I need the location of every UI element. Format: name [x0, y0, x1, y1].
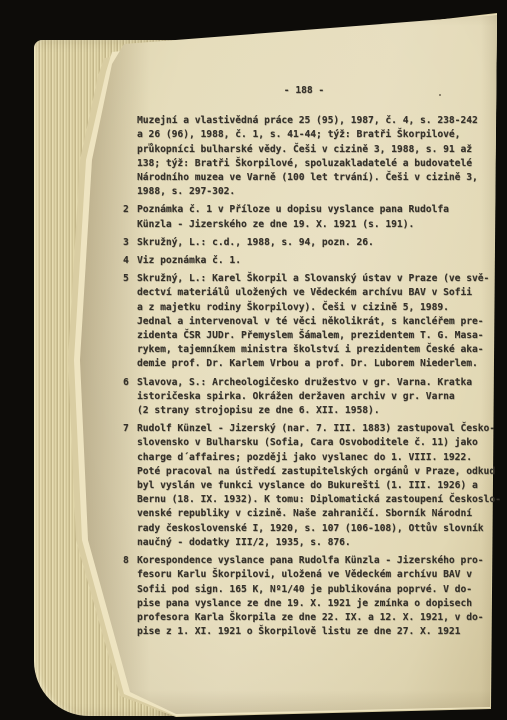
note-text: Slavova, S.: Archeologičesko družestvo v… [137, 376, 472, 419]
note-item-6: 6 Slavova, S.: Archeologičesko družestvo… [123, 376, 485, 419]
ink-speck [148, 143, 150, 146]
note-item-5: 5 Skružný, L.: Karel Škorpil a Slovanský… [123, 272, 485, 371]
page-number-header: - 188 - [123, 84, 485, 98]
note-item-3: 3 Skružný, L.: c.d., 1988, s. 94, pozn. … [123, 236, 485, 250]
note-text: Skružný, L.: c.d., 1988, s. 94, pozn. 26… [137, 236, 374, 250]
note-item-2: 2 Poznámka č. 1 v Příloze u dopisu vysla… [123, 203, 485, 231]
note-text: Korespondence vyslance pana Rudolfa Künz… [137, 554, 484, 639]
note-item-7: 7 Rudolf Künzel - Jizerský (nar. 7. III.… [123, 422, 485, 550]
note-text: Rudolf Künzel - Jizerský (nar. 7. III. 1… [137, 422, 501, 550]
note-text: Muzejní a vlastivědná práce 25 (95), 198… [137, 114, 478, 199]
note-text: Viz poznámka č. 1. [137, 254, 241, 268]
note-continuation: Muzejní a vlastivědná práce 25 (95), 198… [123, 114, 485, 199]
note-number: 4 [123, 254, 137, 268]
note-item-8: 8 Korespondence vyslance pana Rudolfa Kü… [123, 554, 485, 639]
note-item-4: 4 Viz poznámka č. 1. [123, 254, 485, 268]
scanned-book-photo: - 188 - Muzejní a vlastivědná práce 25 (… [0, 0, 507, 720]
note-number: 6 [123, 376, 137, 390]
ink-speck [439, 94, 441, 96]
note-text: Poznámka č. 1 v Příloze u dopisu vyslanc… [137, 203, 449, 231]
note-number: 3 [123, 236, 137, 250]
note-text: Skružný, L.: Karel Škorpil a Slovanský ú… [137, 272, 489, 371]
note-number: 8 [123, 554, 137, 568]
typewritten-text-block: - 188 - Muzejní a vlastivědná práce 25 (… [123, 84, 485, 643]
note-number: 5 [123, 272, 137, 286]
note-number: 2 [123, 203, 137, 217]
note-number: 7 [123, 422, 137, 436]
